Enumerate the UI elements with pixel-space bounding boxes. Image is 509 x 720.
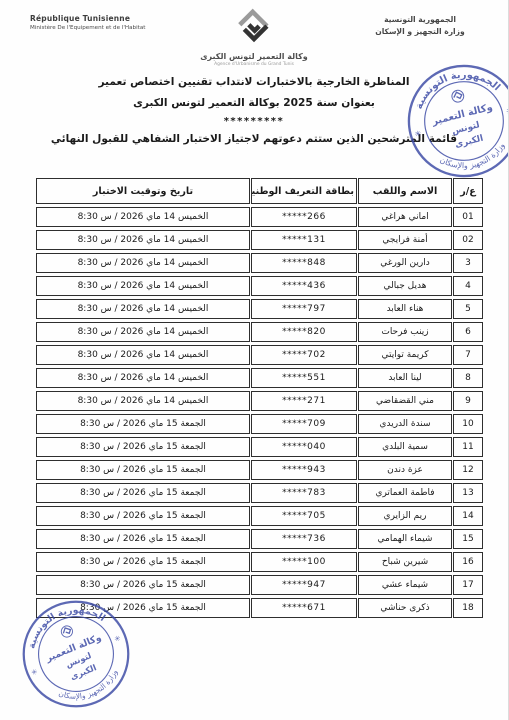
cell-serial: 11 bbox=[453, 437, 483, 457]
cell-name: كريمة توايتي bbox=[358, 345, 452, 365]
header-arabic-block: الجمهورية التونسية وزارة التجهيز و الإسك… bbox=[350, 14, 490, 38]
cell-exam-datetime: الخميس 14 ماي 2026 / س 8:30 bbox=[36, 299, 250, 319]
cell-name: هناء العابد bbox=[358, 299, 452, 319]
cell-serial: 17 bbox=[453, 575, 483, 595]
cell-name: شيماء عشي bbox=[358, 575, 452, 595]
col-header-exam-datetime: تاريخ وتوقيت الاختبار bbox=[36, 178, 250, 204]
cell-id-card: *****848 bbox=[251, 253, 357, 273]
cell-exam-datetime: الجمعة 15 ماي 2026 / س 8:30 bbox=[36, 575, 250, 595]
cell-exam-datetime: الجمعة 15 ماي 2026 / س 8:30 bbox=[36, 552, 250, 572]
republic-name-ar: الجمهورية التونسية bbox=[350, 14, 490, 26]
cell-serial: 14 bbox=[453, 506, 483, 526]
agency-spiral-logo-icon bbox=[231, 6, 277, 48]
svg-text:✳: ✳ bbox=[30, 667, 39, 678]
svg-text:وزارة التجهيز والإسكان: وزارة التجهيز والإسكان bbox=[55, 666, 125, 710]
cell-serial: 4 bbox=[453, 276, 483, 296]
stars-separator: ********* bbox=[28, 116, 480, 127]
cell-name: شيماء الهمامي bbox=[358, 529, 452, 549]
table-row: 17 شيماء عشي *****947 الجمعة 15 ماي 2026… bbox=[36, 575, 483, 595]
table-row: 9 مني القضقاضي *****271 الخميس 14 ماي 20… bbox=[36, 391, 483, 411]
cell-exam-datetime: الخميس 14 ماي 2026 / س 8:30 bbox=[36, 253, 250, 273]
table-row: 10 سندة الدريدي *****709 الجمعة 15 ماي 2… bbox=[36, 414, 483, 434]
cell-name: دارين الورغي bbox=[358, 253, 452, 273]
competition-title-line1: المناظرة الخارجية بالاختبارات لانتداب تق… bbox=[28, 76, 480, 88]
cell-name: هديل جبالي bbox=[358, 276, 452, 296]
cell-name: سمية البلدي bbox=[358, 437, 452, 457]
list-subtitle: قائمة المترشحين الذين ستتم دعوتهم لاجتيا… bbox=[28, 133, 480, 145]
cell-id-card: *****797 bbox=[251, 299, 357, 319]
cell-serial: 10 bbox=[453, 414, 483, 434]
header-row: ع/ر الاسم واللقب بطاقة التعريف الوطنية ت… bbox=[36, 178, 483, 204]
cell-id-card: *****551 bbox=[251, 368, 357, 388]
cell-id-card: *****040 bbox=[251, 437, 357, 457]
agency-logo-block: وكالة التعمير لتونس الكبرى Agence d'Urba… bbox=[164, 6, 344, 67]
svg-text:وكالة التعمير: وكالة التعمير bbox=[43, 632, 103, 665]
cell-id-card: *****943 bbox=[251, 460, 357, 480]
cell-serial: 18 bbox=[453, 598, 483, 618]
cell-name: ذكرى حناشي bbox=[358, 598, 452, 618]
col-header-name: الاسم واللقب bbox=[358, 178, 452, 204]
cell-name: أمنة فرايجي bbox=[358, 230, 452, 250]
cell-id-card: *****671 bbox=[251, 598, 357, 618]
scanned-document-page: { "header": { "left": { "line1": "Républ… bbox=[0, 0, 509, 720]
cell-exam-datetime: الجمعة 15 ماي 2026 / س 8:30 bbox=[36, 437, 250, 457]
cell-serial: 7 bbox=[453, 345, 483, 365]
cell-id-card: *****947 bbox=[251, 575, 357, 595]
table-row: 13 فاطمة العماتري *****783 الجمعة 15 ماي… bbox=[36, 483, 483, 503]
cell-exam-datetime: الخميس 14 ماي 2026 / س 8:30 bbox=[36, 276, 250, 296]
col-header-serial: ع/ر bbox=[453, 178, 483, 204]
cell-name: اماني هراغي bbox=[358, 207, 452, 227]
cell-id-card: *****702 bbox=[251, 345, 357, 365]
cell-exam-datetime: الجمعة 15 ماي 2026 / س 8:30 bbox=[36, 483, 250, 503]
cell-serial: 02 bbox=[453, 230, 483, 250]
cell-serial: 15 bbox=[453, 529, 483, 549]
cell-serial: 6 bbox=[453, 322, 483, 342]
cell-id-card: *****783 bbox=[251, 483, 357, 503]
cell-name: زينب فرحات bbox=[358, 322, 452, 342]
cell-name: سندة الدريدي bbox=[358, 414, 452, 434]
candidates-table: ع/ر الاسم واللقب بطاقة التعريف الوطنية ت… bbox=[35, 175, 484, 621]
cell-name: لينا العابد bbox=[358, 368, 452, 388]
ministry-name-ar: وزارة التجهيز و الإسكان bbox=[350, 26, 490, 38]
col-header-id-card: بطاقة التعريف الوطنية bbox=[251, 178, 357, 204]
svg-text:✳: ✳ bbox=[113, 633, 122, 644]
cell-exam-datetime: الجمعة 15 ماي 2026 / س 8:30 bbox=[36, 598, 250, 618]
candidates-table-wrap: ع/ر الاسم واللقب بطاقة التعريف الوطنية ت… bbox=[35, 175, 484, 621]
cell-id-card: *****705 bbox=[251, 506, 357, 526]
cell-exam-datetime: الخميس 14 ماي 2026 / س 8:30 bbox=[36, 322, 250, 342]
cell-id-card: *****131 bbox=[251, 230, 357, 250]
cell-name: ريم الزايري bbox=[358, 506, 452, 526]
table-row: 12 عزة دندن *****943 الجمعة 15 ماي 2026 … bbox=[36, 460, 483, 480]
cell-serial: 9 bbox=[453, 391, 483, 411]
table-row: 01 اماني هراغي *****266 الخميس 14 ماي 20… bbox=[36, 207, 483, 227]
svg-text:✳: ✳ bbox=[505, 106, 509, 116]
table-row: 8 لينا العابد *****551 الخميس 14 ماي 202… bbox=[36, 368, 483, 388]
table-row: 3 دارين الورغي *****848 الخميس 14 ماي 20… bbox=[36, 253, 483, 273]
cell-name: شيرين شباح bbox=[358, 552, 452, 572]
cell-exam-datetime: الخميس 14 ماي 2026 / س 8:30 bbox=[36, 368, 250, 388]
table-row: 11 سمية البلدي *****040 الجمعة 15 ماي 20… bbox=[36, 437, 483, 457]
cell-id-card: *****436 bbox=[251, 276, 357, 296]
table-row: 6 زينب فرحات *****820 الخميس 14 ماي 2026… bbox=[36, 322, 483, 342]
table-row: 02 أمنة فرايجي *****131 الخميس 14 ماي 20… bbox=[36, 230, 483, 250]
cell-serial: 01 bbox=[453, 207, 483, 227]
svg-text:لتونس: لتونس bbox=[64, 650, 93, 670]
cell-name: فاطمة العماتري bbox=[358, 483, 452, 503]
cell-serial: 12 bbox=[453, 460, 483, 480]
cell-exam-datetime: الجمعة 15 ماي 2026 / س 8:30 bbox=[36, 414, 250, 434]
cell-serial: 3 bbox=[453, 253, 483, 273]
cell-exam-datetime: الجمعة 15 ماي 2026 / س 8:30 bbox=[36, 506, 250, 526]
table-row: 16 شيرين شباح *****100 الجمعة 15 ماي 202… bbox=[36, 552, 483, 572]
cell-id-card: *****820 bbox=[251, 322, 357, 342]
competition-title-line2: بعنوان سنة 2025 بوكالة التعمير لتونس الك… bbox=[28, 97, 480, 109]
cell-id-card: *****709 bbox=[251, 414, 357, 434]
table-row: 5 هناء العابد *****797 الخميس 14 ماي 202… bbox=[36, 299, 483, 319]
agency-name-fr: Agence d'Urbanisme du Grand Tunis bbox=[164, 62, 344, 67]
document-title-block: المناظرة الخارجية بالاختبارات لانتداب تق… bbox=[28, 76, 480, 145]
document-header: République Tunisienne Ministère De l'Equ… bbox=[0, 10, 508, 72]
cell-exam-datetime: الخميس 14 ماي 2026 / س 8:30 bbox=[36, 345, 250, 365]
candidates-tbody: 01 اماني هراغي *****266 الخميس 14 ماي 20… bbox=[36, 207, 483, 618]
table-row: 18 ذكرى حناشي *****671 الجمعة 15 ماي 202… bbox=[36, 598, 483, 618]
cell-exam-datetime: الخميس 14 ماي 2026 / س 8:30 bbox=[36, 230, 250, 250]
cell-name: عزة دندن bbox=[358, 460, 452, 480]
table-row: 4 هديل جبالي *****436 الخميس 14 ماي 2026… bbox=[36, 276, 483, 296]
cell-exam-datetime: الجمعة 15 ماي 2026 / س 8:30 bbox=[36, 529, 250, 549]
cell-serial: 5 bbox=[453, 299, 483, 319]
cell-id-card: *****736 bbox=[251, 529, 357, 549]
cell-name: مني القضقاضي bbox=[358, 391, 452, 411]
cell-exam-datetime: الخميس 14 ماي 2026 / س 8:30 bbox=[36, 207, 250, 227]
table-row: 7 كريمة توايتي *****702 الخميس 14 ماي 20… bbox=[36, 345, 483, 365]
cell-exam-datetime: الخميس 14 ماي 2026 / س 8:30 bbox=[36, 391, 250, 411]
table-row: 14 ريم الزايري *****705 الجمعة 15 ماي 20… bbox=[36, 506, 483, 526]
cell-id-card: *****100 bbox=[251, 552, 357, 572]
cell-id-card: *****266 bbox=[251, 207, 357, 227]
cell-serial: 16 bbox=[453, 552, 483, 572]
cell-id-card: *****271 bbox=[251, 391, 357, 411]
cell-exam-datetime: الجمعة 15 ماي 2026 / س 8:30 bbox=[36, 460, 250, 480]
cell-serial: 8 bbox=[453, 368, 483, 388]
svg-text:وزارة التجهيز والإسكان: وزارة التجهيز والإسكان bbox=[437, 140, 509, 178]
cell-serial: 13 bbox=[453, 483, 483, 503]
table-row: 15 شيماء الهمامي *****736 الجمعة 15 ماي … bbox=[36, 529, 483, 549]
svg-text:الكبرى: الكبرى bbox=[69, 662, 98, 682]
candidates-table-head: ع/ر الاسم واللقب بطاقة التعريف الوطنية ت… bbox=[36, 178, 483, 204]
agency-name-ar: وكالة التعمير لتونس الكبرى bbox=[164, 52, 344, 61]
